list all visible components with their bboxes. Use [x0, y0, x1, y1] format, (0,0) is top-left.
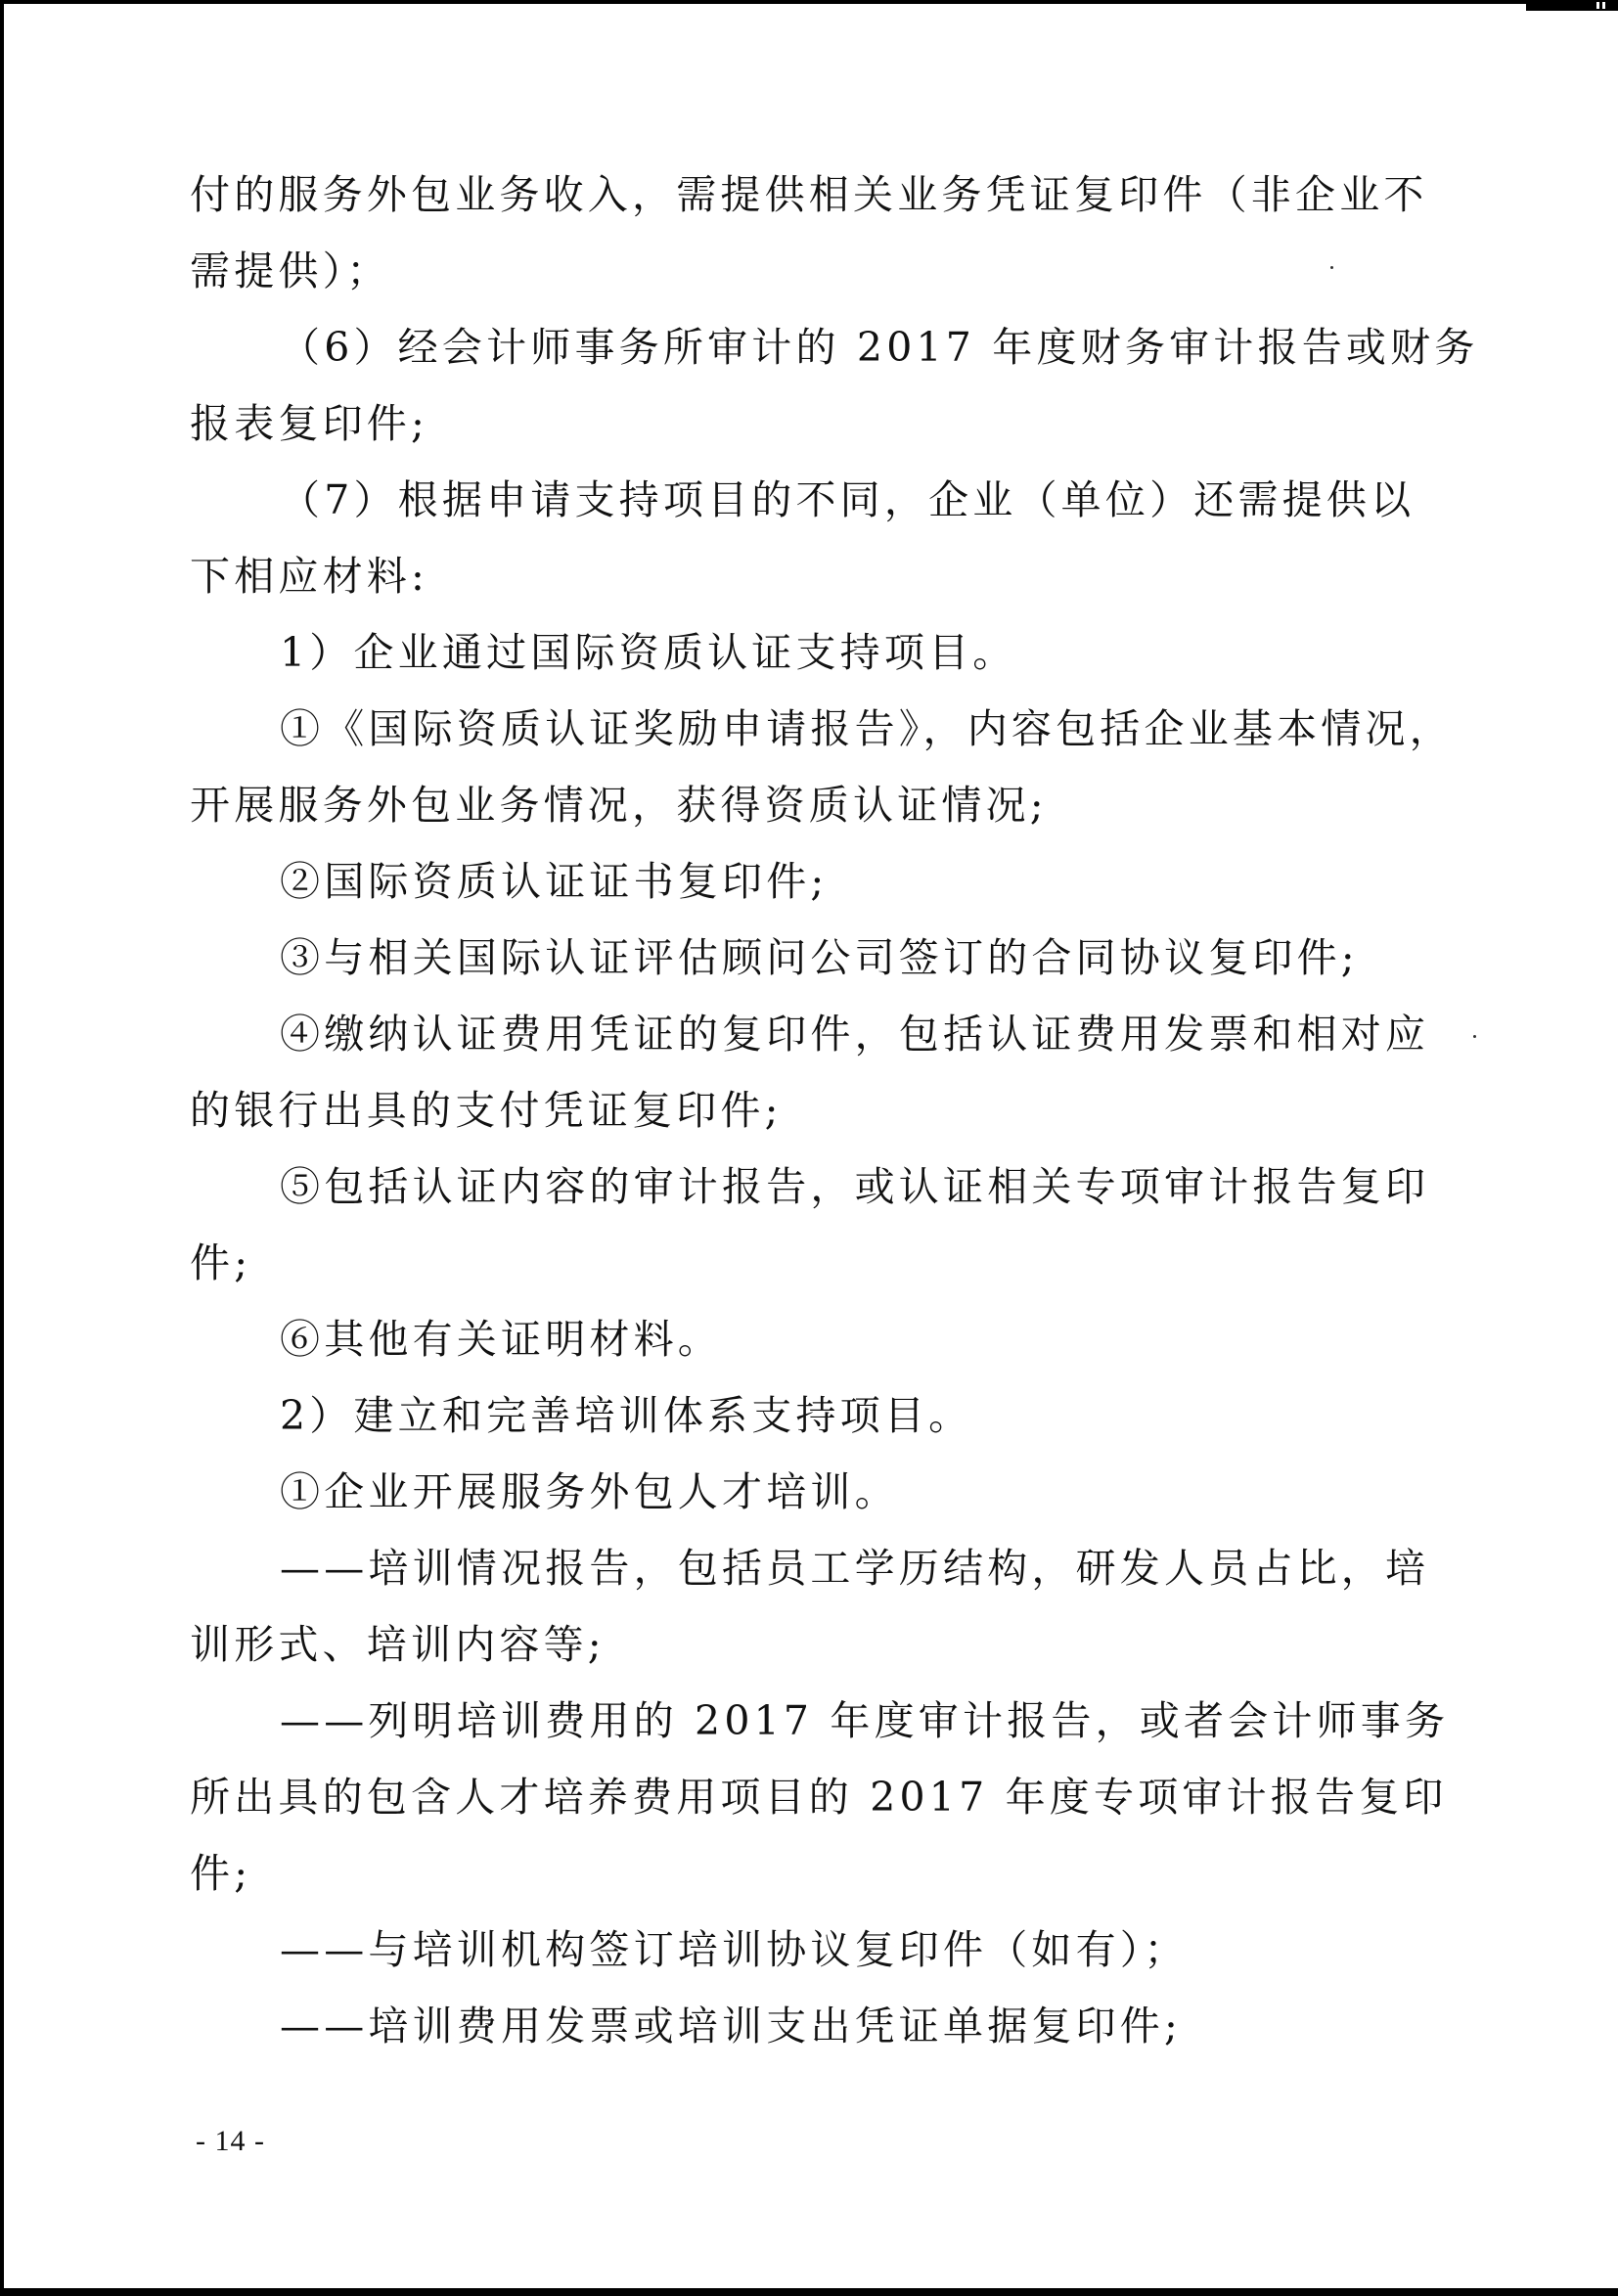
text-line: ⑥其他有关证明材料。 [190, 1301, 1413, 1377]
text-line: ⑤包括认证内容的审计报告，或认证相关专项审计报告复印 [190, 1148, 1413, 1225]
text-line: ④缴纳认证费用凭证的复印件，包括认证费用发票和相对应 [190, 996, 1413, 1072]
text-line: ②国际资质认证证书复印件; [190, 843, 1413, 920]
text-line: ①《国际资质认证奖励申请报告》，内容包括企业基本情况， [190, 691, 1413, 767]
text-line: 下相应材料: [190, 538, 1413, 614]
text-line: 的银行出具的支付凭证复印件; [190, 1072, 1413, 1148]
section-heading: 1）企业通过国际资质认证支持项目。 [190, 614, 1413, 691]
scan-border-bottom [0, 2288, 1618, 2296]
scan-speck [1473, 1035, 1476, 1038]
page-number: - 14 - [196, 2125, 265, 2158]
text-line: 报表复印件; [190, 385, 1413, 462]
text-line: ①企业开展服务外包人才培训。 [190, 1454, 1413, 1530]
text-line: 所出具的包含人才培养费用项目的 2017 年度专项审计报告复印 [190, 1759, 1413, 1835]
text-line: （6）经会计师事务所审计的 2017 年度财务审计报告或财务 [190, 309, 1413, 385]
text-line: ——列明培训费用的 2017 年度审计报告，或者会计师事务 [190, 1683, 1413, 1759]
text-line: 开展服务外包业务情况，获得资质认证情况; [190, 767, 1413, 843]
scan-border-top [0, 0, 1618, 4]
text-line: （7）根据申请支持项目的不同，企业（单位）还需提供以 [190, 462, 1413, 538]
text-line: 件; [190, 1225, 1413, 1301]
text-line: ——培训情况报告，包括员工学历结构，研发人员占比，培 [190, 1530, 1413, 1606]
text-line: ③与相关国际认证评估顾问公司签订的合同协议复印件; [190, 920, 1413, 996]
section-heading: 2）建立和完善培训体系支持项目。 [190, 1377, 1413, 1454]
text-line: 付的服务外包业务收入，需提供相关业务凭证复印件（非企业不 [190, 157, 1413, 233]
text-line: ——培训费用发票或培训支出凭证单据复印件; [190, 1988, 1413, 2064]
text-line: ——与培训机构签订培训协议复印件（如有）； [190, 1912, 1413, 1988]
text-line: 训形式、培训内容等; [190, 1606, 1413, 1683]
document-body: 付的服务外包业务收入，需提供相关业务凭证复印件（非企业不 需提供）； （6）经会… [190, 157, 1413, 2064]
text-line: 需提供）； [190, 233, 1413, 309]
scan-border-left [0, 0, 4, 2296]
text-line: 件; [190, 1835, 1413, 1912]
scan-corner-mark [1526, 0, 1618, 11]
